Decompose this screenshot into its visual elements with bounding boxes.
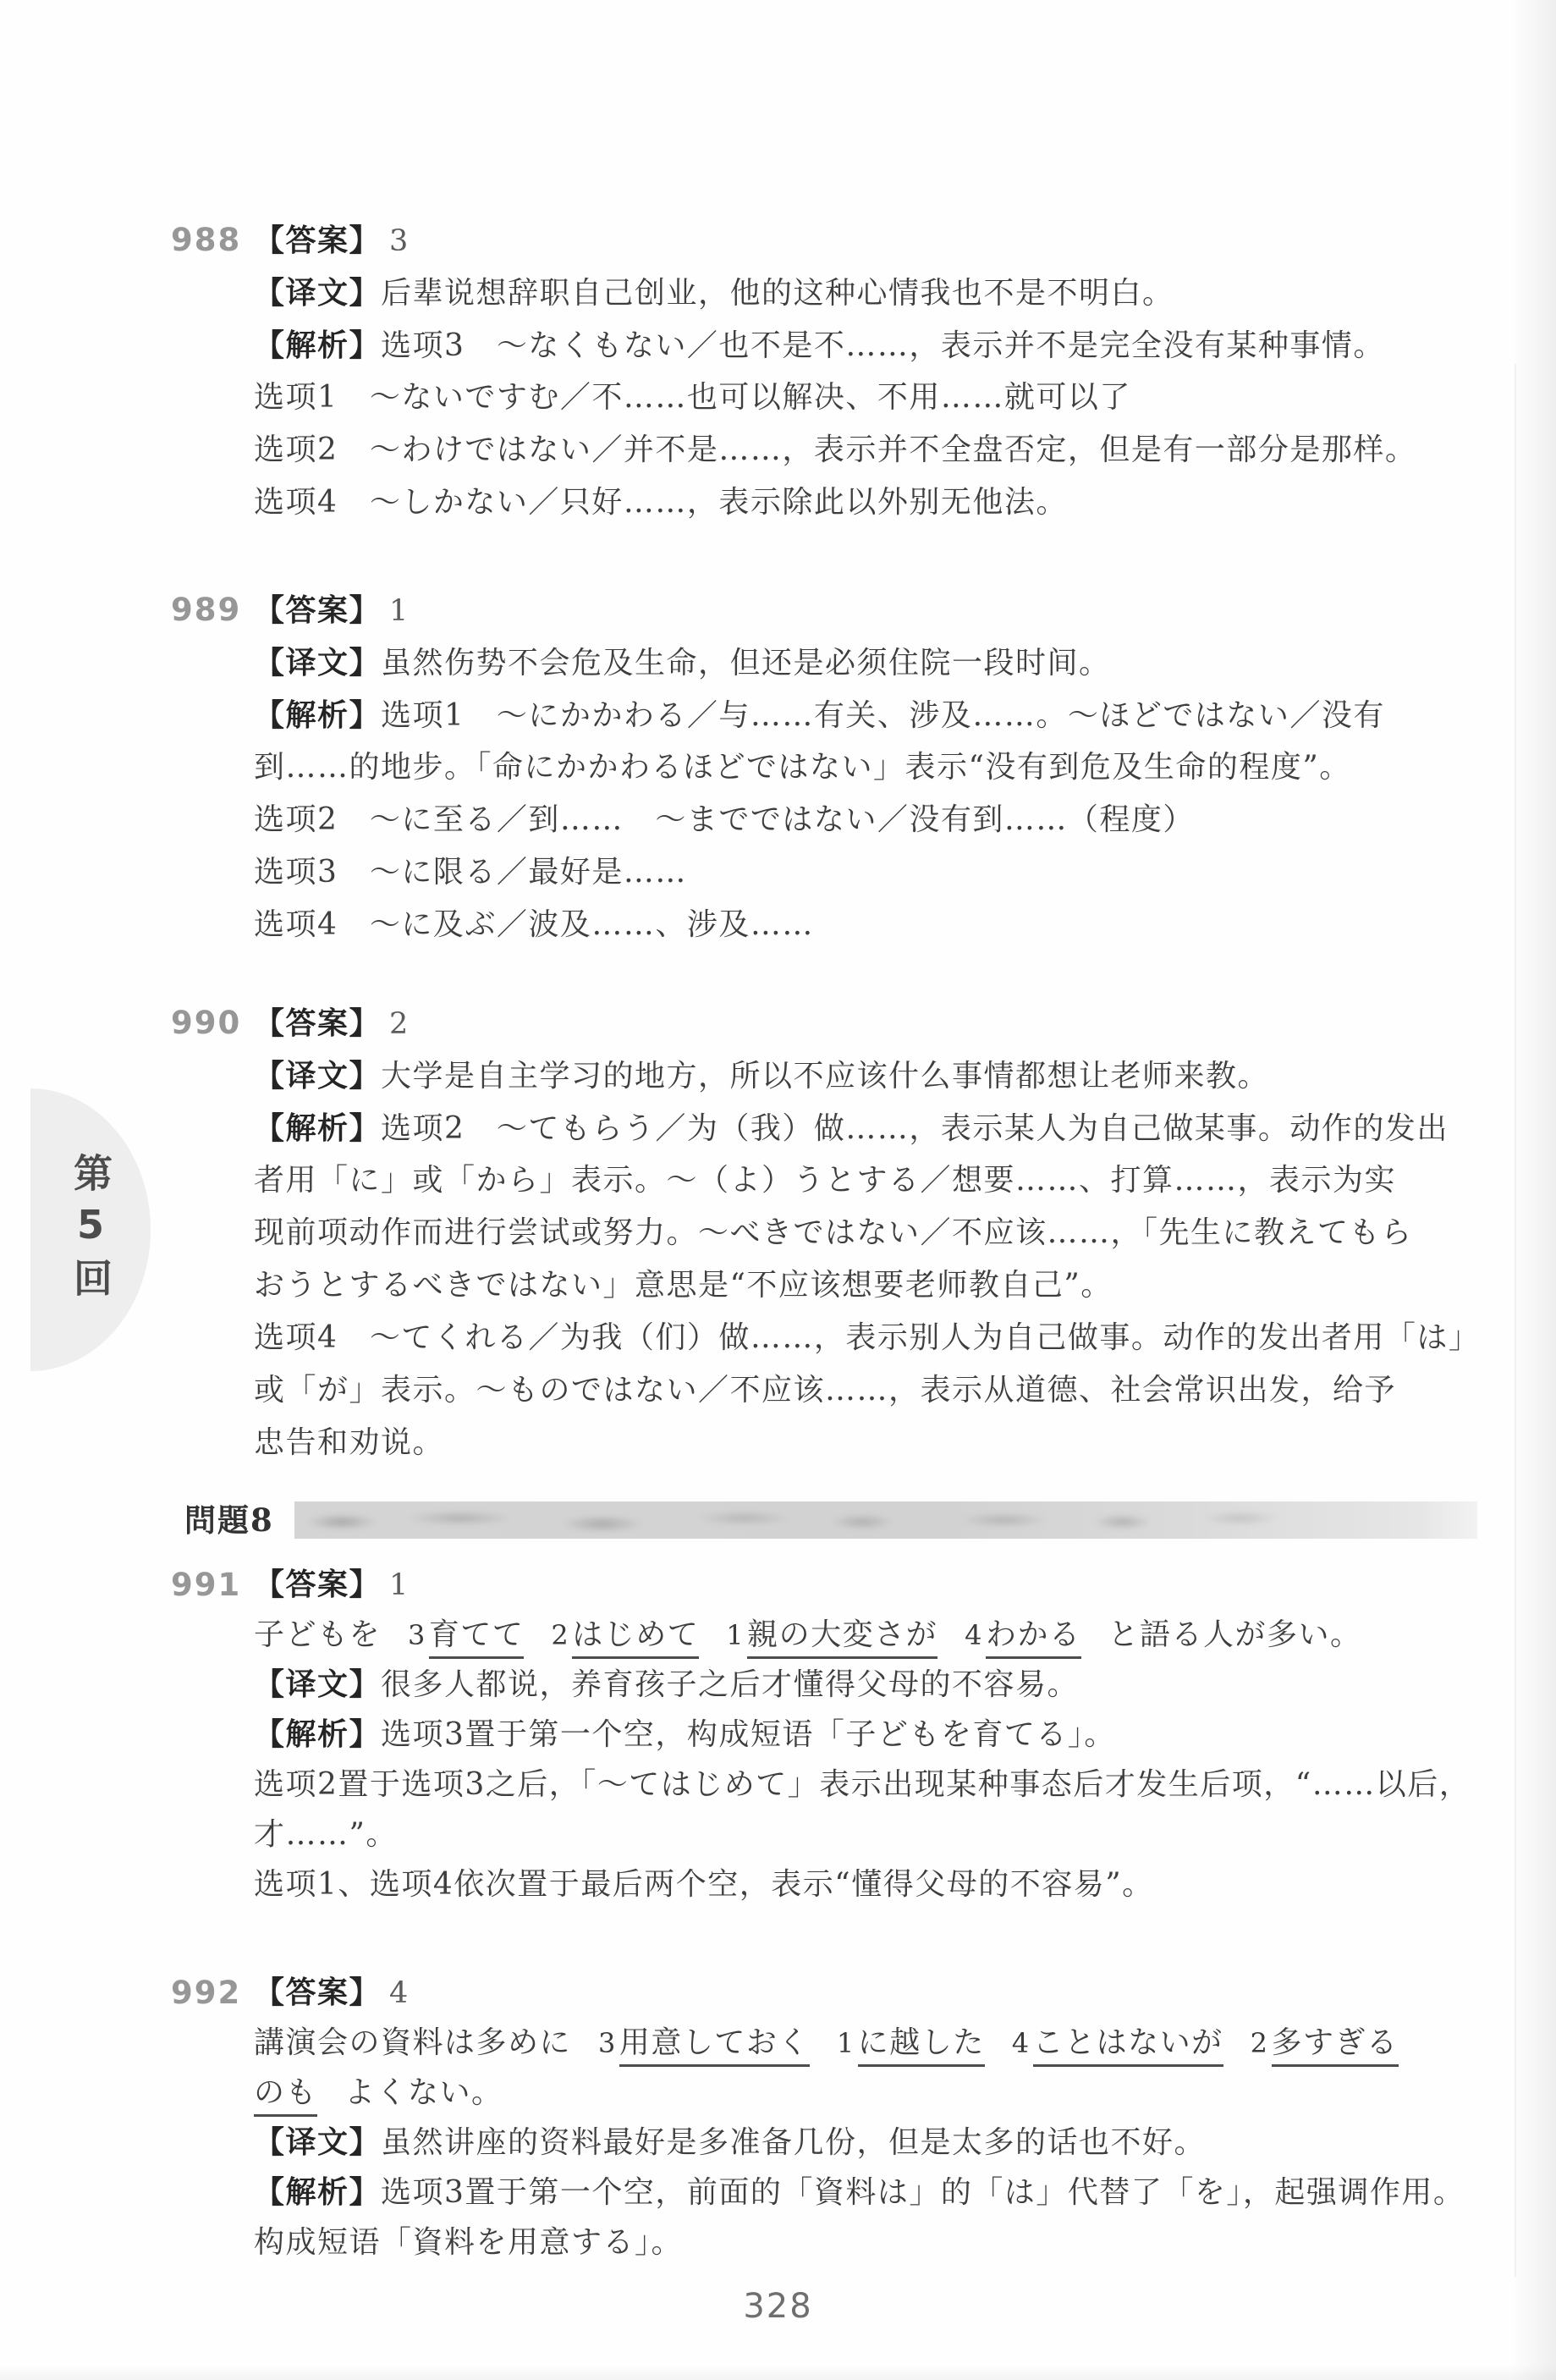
jp-sentence-line: 講演会の資料は多めに3用意しておく1に越した4ことはないが2多すぎる: [254, 2018, 1515, 2068]
continuation-line: 现前项动作而进行尝试或努力。～べきではない／不应该……，「先生に教えてもら: [254, 1207, 1515, 1259]
answer-value: 1: [389, 1568, 410, 1602]
continuation-line: 选项1、选项4依次置于最后两个空，表示“懂得父母的不容易”。: [254, 1859, 1515, 1909]
answer-value: 4: [389, 1976, 410, 2010]
option-line: 选项3 ～に限る／最好是……: [254, 846, 1515, 899]
analysis-line: 【解析】选项2 ～てもらう／为（我）做……，表示某人为自己做某事。动作的发出: [254, 1102, 1515, 1154]
continuation-line: 忠告和劝说。: [254, 1417, 1515, 1469]
option-line: 选项4 ～しかない／只好……，表示除此以外别无他法。: [254, 477, 1515, 529]
translation-line: 【译文】虽然伤势不会危及生命，但还是必须住院一段时间。: [254, 636, 1515, 689]
analysis-line: 【解析】选项1 ～にかかわる／与……有关、涉及……。～ほどではない／没有: [254, 689, 1515, 741]
translation-line: 【译文】后辈说想辞职自己创业，他的这种心情我也不是不明白。: [254, 267, 1515, 319]
answer-header: 989【答案】1: [254, 584, 1515, 636]
jp-sentence-line: のもよくない。: [254, 2068, 1515, 2118]
answer-block-990: 990【答案】2 【译文】大学是自主学习的地方，所以不应该什么事情都想让老师来教…: [254, 997, 1515, 1469]
jp-sentence-line: 子どもを3育てて2はじめて1親の大変さが4わかると語る人が多い。: [254, 1610, 1515, 1660]
analysis-line: 【解析】选项3置于第一个空，构成短语「子どもを育てる」。: [254, 1710, 1515, 1760]
analysis-line: 【解析】选项3置于第一个空，前面的「資料は」的「は」代替了「を」，起强调作用。: [254, 2168, 1515, 2217]
translation-line: 【译文】很多人都说，养育孩子之后才懂得父母的不容易。: [254, 1660, 1515, 1710]
answer-label: 【答案】: [254, 1975, 381, 2010]
page-number: 328: [0, 2287, 1556, 2326]
answer-block-988: 988【答案】3 【译文】后辈说想辞职自己创业，他的这种心情我也不是不明白。 【…: [254, 214, 1515, 529]
book-page: 第5回 988【答案】3 【译文】后辈说想辞职自己创业，他的这种心情我也不是不明…: [0, 0, 1556, 2380]
scan-edge-shadow: [1512, 0, 1556, 2380]
problem-section-bar: [294, 1501, 1477, 1539]
option-line: 选项4 ～てくれる／为我（们）做……，表示别人为自己做事。动作的发出者用「は」: [254, 1312, 1515, 1364]
option-line: 选项2 ～に至る／到…… ～までではない／没有到……（程度）: [254, 794, 1515, 846]
round-badge-label: 第5回: [30, 1088, 151, 1371]
answer-label: 【答案】: [254, 1567, 381, 1602]
question-number: 991: [171, 1560, 241, 1610]
continuation-line: おうとするべきではない」意思是“不应该想要老师教自己”。: [254, 1259, 1515, 1312]
scan-bottom-shadow: [0, 2365, 1556, 2380]
option-line: 选项1 ～ないですむ／不……也可以解决、不用……就可以了: [254, 372, 1515, 424]
answer-label: 【答案】: [254, 1005, 381, 1041]
answer-block-989: 989【答案】1 【译文】虽然伤势不会危及生命，但还是必须住院一段时间。 【解析…: [254, 584, 1515, 951]
answer-value: 1: [389, 594, 410, 628]
answer-header: 991【答案】1: [254, 1560, 1515, 1610]
continuation-line: 者用「に」或「から」表示。～（よ）うとする／想要……、打算……，表示为实: [254, 1154, 1515, 1207]
answer-block-991: 991【答案】1 子どもを3育てて2はじめて1親の大変さが4わかると語る人が多い…: [254, 1560, 1515, 1909]
answer-label: 【答案】: [254, 592, 381, 628]
answer-value: 2: [389, 1007, 410, 1041]
answer-block-992: 992【答案】4 講演会の資料は多めに3用意しておく1に越した4ことはないが2多…: [254, 1968, 1515, 2267]
continuation-line: 构成短语「資料を用意する」。: [254, 2217, 1515, 2267]
answer-label: 【答案】: [254, 223, 381, 258]
answer-header: 988【答案】3: [254, 214, 1515, 267]
question-number: 989: [171, 584, 241, 636]
analysis-line: 【解析】选项3 ～なくもない／也不是不……，表示并不是完全没有某种事情。: [254, 319, 1515, 372]
option-line: 选项2 ～わけではない／并不是……，表示并不全盘否定，但是有一部分是那样。: [254, 424, 1515, 477]
problem-section-label: 問題8: [184, 1501, 274, 1539]
answer-header: 990【答案】2: [254, 997, 1515, 1050]
continuation-line: 到……的地步。「命にかかわるほどではない」表示“没有到危及生命的程度”。: [254, 741, 1515, 794]
question-number: 992: [171, 1968, 241, 2018]
continuation-line: 或「が」表示。～ものではない／不应该……，表示从道德、社会常识出发，给予: [254, 1364, 1515, 1417]
answer-header: 992【答案】4: [254, 1968, 1515, 2018]
translation-line: 【译文】大学是自主学习的地方，所以不应该什么事情都想让老师来教。: [254, 1050, 1515, 1102]
question-number: 990: [171, 997, 241, 1050]
continuation-line: 选项2置于选项3之后，「～てはじめて」表示出现某种事态后才发生后项，“……以后，: [254, 1760, 1515, 1810]
round-5-badge: 第5回: [30, 1088, 151, 1371]
continuation-line: 才……”。: [254, 1810, 1515, 1859]
blurred-scan-texture: [294, 1501, 1477, 1539]
answer-value: 3: [389, 224, 410, 258]
option-line: 选项4 ～に及ぶ／波及……、涉及……: [254, 899, 1515, 951]
question-number: 988: [171, 214, 241, 267]
translation-line: 【译文】虽然讲座的资料最好是多准备几份，但是太多的话也不好。: [254, 2118, 1515, 2168]
